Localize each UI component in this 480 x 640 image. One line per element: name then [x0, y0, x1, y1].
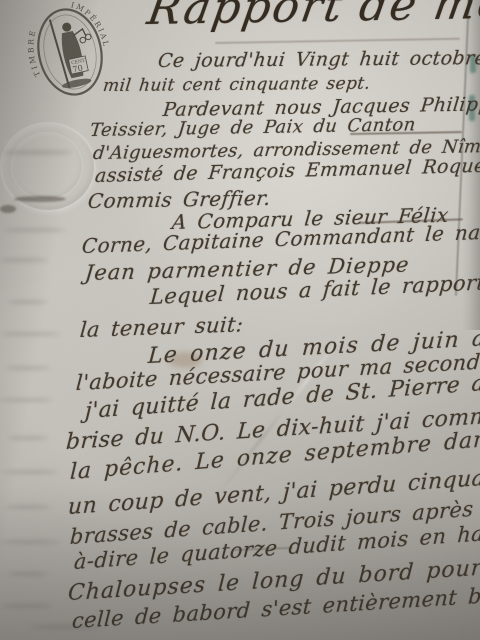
ink-bleedthrough: [0, 398, 52, 402]
ink-bleedthrough: [2, 470, 58, 474]
manuscript-line: Ce jourd'hui Vingt huit octobre: [157, 49, 480, 71]
ink-flourish: [215, 38, 460, 44]
ink-bleedthrough: [8, 300, 48, 304]
ink-bleedthrough: [0, 205, 16, 213]
ink-bleedthrough: [0, 540, 60, 544]
ink-bleedthrough: [2, 332, 60, 336]
manuscript-line: la teneur suit:: [79, 314, 244, 341]
manuscript-line: mil huit cent cinquante sept.: [102, 76, 371, 95]
ink-bleedthrough: [0, 258, 48, 262]
stamp-scales-pan: [85, 34, 92, 41]
ink-bleedthrough: [2, 604, 52, 608]
manuscript-line: Teissier, Juge de Paix du Canton: [89, 116, 416, 140]
ink-bleedthrough: [8, 436, 48, 440]
ink-bleedthrough: [4, 228, 66, 232]
stamp-figure-head: [61, 22, 72, 33]
embossed-seal-inner-ring: [11, 132, 83, 200]
ink-bleedthrough: [14, 196, 66, 202]
ink-bleedthrough: [6, 366, 50, 370]
ink-bleedthrough: [2, 150, 72, 155]
manuscript-photo: CENT. 70 TIMBRE IMPÉRIAL Rapport de mer …: [0, 0, 480, 640]
document-title: Rapport de mer: [145, 0, 480, 32]
ink-bleedthrough: [8, 572, 48, 576]
ink-bleedthrough: [6, 505, 50, 509]
